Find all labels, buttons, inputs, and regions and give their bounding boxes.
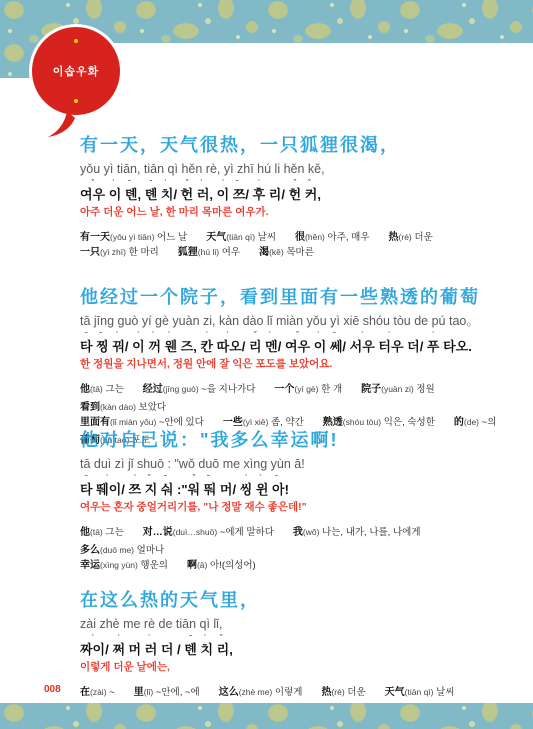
vocab-entry: 幸运(xìng yùn) 행운의 (80, 558, 168, 573)
pinyin-line: tā jīng guò yí gè yuàn zi, kàn dào lǐ mi… (80, 314, 498, 329)
vocab-word: 他 (80, 384, 90, 395)
vocab-pinyin: (tiān qì) (226, 232, 255, 242)
vocab-pinyin: (kě) (269, 247, 284, 257)
korean-translation-line: 여우는 혼자 중얼거리기를, "나 정말 재수 좋은데!" (80, 501, 498, 514)
vocab-pinyin: (rè) (331, 687, 344, 697)
reading-syllable: 숴ˉ (157, 482, 173, 497)
reading-syllable: 푸ˊ (427, 339, 440, 354)
vocab-row: 在(zài) ~里(lǐ) ~안에, ~에这么(zhè me) 이렇게热(rè)… (80, 685, 498, 700)
story-section-3: 他对自己说："我多么幸运啊! tā duì zì jǐ shuō : "wǒ d… (80, 430, 498, 573)
reading-syllable: 쎄ˉ (326, 339, 342, 354)
reading-syllable: 타오 (439, 339, 468, 354)
reading-syllable: / (173, 642, 184, 657)
vocab-word: 我 (293, 527, 303, 538)
vocab-entry: 我(wǒ) 나는, 내가, 나를, 나에게 (293, 525, 421, 540)
reading-syllable: 치ˋ (197, 642, 213, 657)
vocab-pinyin: (xìng yùn) (100, 560, 138, 570)
vocab-entry: 他(tā) 그는 (80, 525, 124, 540)
vocab-entry: 热(rè) 더운 (321, 685, 365, 700)
korean-reading-line: 짜이ˋ/ 쩌ˋ 머 러ˋ 더 / 톈ˉ 치ˋ 리ˇ, (80, 634, 498, 657)
vocab-word: 里面有 (80, 417, 110, 428)
reading-syllable: 서우ˊ (350, 339, 375, 354)
vocab-entry: 里面有(lǐ miàn yǒu) ~안에 있다 (80, 415, 204, 430)
vocab-meaning: 정원 (414, 384, 435, 395)
vocab-word: 多么 (80, 545, 100, 556)
reading-syllable: 타ˉ (80, 339, 93, 354)
reading-syllable: 지ˇ (141, 482, 157, 497)
vocab-pinyin: (hěn) (305, 232, 325, 242)
reading-syllable: , (229, 642, 233, 657)
story-badge: 이솝우화 (29, 24, 123, 118)
reading-syllable: 이ˋ (105, 187, 121, 202)
reading-syllable: , (317, 187, 321, 202)
reading-syllable: 타ˉ (80, 482, 93, 497)
reading-syllable: 꿔ˋ (109, 339, 125, 354)
pinyin-line: yǒu yì tiān, tiān qì hěn rè, yì zhī hú l… (80, 162, 498, 177)
vocab-entry: 热(rè) 더운 (389, 230, 433, 245)
speech-bubble-tail-icon (46, 111, 76, 137)
reading-syllable: / (121, 482, 128, 497)
reading-syllable: 러ˋ (193, 187, 209, 202)
vocab-entry: 经过(jīng guò) ~을 지나가다 (143, 382, 256, 397)
reading-syllable: 이ˊ (132, 339, 145, 354)
reading-syllable: 톈ˉ (121, 187, 137, 202)
reading-syllable: 여우ˇ (285, 339, 310, 354)
vocab-pinyin: (zhè me) (239, 687, 273, 697)
reading-syllable: 이ˋ (310, 339, 326, 354)
vocab-pinyin: (lǐ miàn yǒu) (110, 417, 156, 427)
reading-syllable: 멘ˋ (262, 339, 278, 354)
vocab-pinyin: (yǒu yì tiān) (110, 232, 154, 242)
vocab-entry: 里(lǐ) ~안에, ~에 (134, 685, 200, 700)
korean-translation-line: 한 정원을 지나면서, 정원 안에 잘 익은 포도를 보았어요. (80, 358, 498, 371)
vocab-meaning: 이렇게 (272, 687, 302, 698)
vocab-meaning: 목마른 (284, 247, 314, 258)
vocab-entry: 多么(duō me) 얼마나 (80, 543, 164, 558)
vocab-row: 幸运(xìng yùn) 행운의啊(ā) 아!(의성어) (80, 558, 498, 573)
badge-dot-top-icon (74, 39, 78, 43)
vocab-word: 一只 (80, 247, 100, 258)
reading-syllable: 즈 (177, 339, 193, 354)
vocab-entry: 有一天(yǒu yì tiān) 어느 날 (80, 230, 187, 245)
vocab-pinyin: (lǐ) (144, 687, 153, 697)
vocab-word: 热 (389, 232, 399, 243)
vocab-pinyin: (tā) (90, 384, 103, 394)
vocab-list: 有一天(yǒu yì tiān) 어느 날天气(tiān qì) 날씨很(hěn… (80, 230, 498, 260)
vocab-entry: 院子(yuàn zi) 정원 (361, 382, 435, 397)
vocab-entry: 狐狸(hú li) 여우 (178, 245, 240, 260)
vocab-entry: 熟透(shóu tòu) 익은, 숙성한 (323, 415, 435, 430)
vocab-pinyin: (kàn dào) (100, 402, 136, 412)
vocab-word: 熟透 (323, 417, 343, 428)
reading-syllable: 웬ˋ (161, 339, 177, 354)
reading-syllable: :" (173, 482, 187, 497)
reading-syllable: 따오ˋ (213, 339, 242, 354)
vocab-row: 他(tā) 그는经过(jīng guò) ~을 지나가다一个(yí gè) 한 … (80, 382, 498, 415)
vocab-pinyin: (yí gè) (294, 384, 318, 394)
reading-syllable: 리ˇ (249, 339, 262, 354)
vocab-pinyin: (hú li) (198, 247, 219, 257)
korean-translation-line: 이렇게 더운 날에는, (80, 661, 498, 674)
vocab-pinyin: (zài) (90, 687, 107, 697)
reading-syllable: . (468, 339, 472, 354)
vocab-entry: 啊(ā) 아!(의성어) (187, 558, 256, 573)
vocab-word: 一些 (223, 417, 243, 428)
reading-syllable: / (232, 482, 239, 497)
vocab-pinyin: (ā) (197, 560, 207, 570)
vocab-word: 对…说 (143, 527, 173, 538)
reading-syllable: 톈ˉ (145, 187, 158, 202)
vocab-word: 渴 (259, 247, 269, 258)
vocab-entry: 对…说(duì…shuō) ~에게 말하다 (143, 525, 274, 540)
reading-syllable: 더 (404, 339, 420, 354)
vocab-word: 幸运 (80, 560, 100, 571)
vocab-meaning: ~안에 있다 (156, 417, 204, 428)
vocab-meaning: 보았다 (136, 402, 166, 413)
vocab-meaning: ~ (107, 687, 115, 698)
vocab-word: 在 (80, 687, 90, 698)
vocab-entry: 很(hěn) 아주, 매우 (295, 230, 369, 245)
reading-syllable: 씽ˋ (240, 482, 253, 497)
hanzi-line: 他经过一个院子，看到里面有一些熟透的葡萄 (80, 287, 498, 307)
reading-syllable: 더 (157, 642, 173, 657)
reading-syllable: 뛔이ˋ (93, 482, 122, 497)
vocab-meaning: 행운의 (138, 560, 168, 571)
vocab-entry: 他(tā) 그는 (80, 382, 124, 397)
pinyin-line: tā duì zì jǐ shuō : "wǒ duō me xìng yùn … (80, 457, 498, 472)
reading-syllable: / (242, 339, 249, 354)
reading-syllable: 헌ˇ (289, 187, 302, 202)
vocab-meaning: 얼마나 (134, 545, 164, 556)
vocab-pinyin: (rè) (399, 232, 412, 242)
vocab-word: 院子 (361, 384, 381, 395)
vocab-word: 里 (134, 687, 144, 698)
reading-syllable: 여우ˇ (80, 187, 105, 202)
vocab-meaning: 아!(의성어) (207, 560, 255, 571)
hanzi-line: 在这么热的天气里， (80, 590, 498, 610)
vocab-meaning: 익은, 숙성한 (381, 417, 435, 428)
reading-syllable: 러ˋ (141, 642, 157, 657)
vocab-meaning: 어느 날 (154, 232, 187, 243)
page: { "badge": { "label": "이솝우화" }, "page": … (0, 0, 533, 729)
reading-syllable: 쩌ˋ (112, 642, 125, 657)
reading-syllable: / (173, 187, 180, 202)
korean-reading-line: 타ˉ 찡ˉ 꿔ˋ/ 이ˊ 꺼ˋ 웬ˋ 즈, 칸ˋ 따오ˋ/ 리ˇ 멘ˋ/ 여우ˇ… (80, 331, 498, 354)
vocab-entry: 这么(zhè me) 이렇게 (219, 685, 303, 700)
vocab-word: 他 (80, 527, 90, 538)
vocab-meaning: 아주, 매우 (325, 232, 370, 243)
vocab-pinyin: (wǒ) (303, 527, 320, 537)
vocab-entry: 在(zài) ~ (80, 685, 115, 700)
vocab-word: 经过 (143, 384, 163, 395)
vocab-meaning: 그는 (103, 527, 124, 538)
vocab-pinyin: (de) (464, 417, 479, 427)
vocab-pinyin: (tā) (90, 527, 103, 537)
badge-label: 이솝우화 (53, 63, 100, 79)
reading-syllable: 워ˇ (188, 482, 201, 497)
vocab-meaning: ~의 (479, 417, 496, 428)
vocab-pinyin: (duì…shuō) (173, 527, 217, 537)
reading-syllable: 윈ˋ (252, 482, 268, 497)
vocab-row: 一只(yì zhī) 한 마리狐狸(hú li) 여우渴(kě) 목마른 (80, 245, 498, 260)
vocab-meaning: 여우 (219, 247, 240, 258)
vocab-meaning: 더운 (412, 232, 433, 243)
reading-syllable: / (342, 339, 349, 354)
vocab-entry: 看到(kàn dào) 보았다 (80, 400, 166, 415)
vocab-meaning: 날씨 (255, 232, 276, 243)
vocab-meaning: ~에게 말하다 (217, 527, 274, 538)
vocab-meaning: 날씨 (434, 687, 455, 698)
vocab-meaning: ~안에, ~에 (153, 687, 200, 698)
reading-syllable: / (278, 339, 285, 354)
story-section-4: 在这么热的天气里， zài zhè me rè de tiān qì lǐ, 짜… (80, 590, 498, 700)
page-number: 008 (44, 684, 61, 695)
vocab-pinyin: (yì zhī) (100, 247, 126, 257)
story-section-1: 有一天，天气很热，一只狐狸很渴， yǒu yì tiān, tiān qì hě… (80, 135, 498, 260)
reading-syllable: 쯔ˋ (129, 482, 142, 497)
vocab-row: 有一天(yǒu yì tiān) 어느 날天气(tiān qì) 날씨很(hěn… (80, 230, 498, 245)
vocab-meaning: 그는 (103, 384, 124, 395)
reading-syllable: 톈ˉ (184, 642, 197, 657)
vocab-pinyin: (yuàn zi) (381, 384, 414, 394)
hanzi-line: 有一天，天气很热，一只狐狸很渴， (80, 135, 498, 155)
korean-translation-line: 아주 더운 어느 날, 한 마리 목마른 여우가. (80, 206, 498, 219)
vocab-pinyin: (tiān qì) (405, 687, 434, 697)
vocab-meaning: 나는, 내가, 나를, 나에게 (319, 527, 420, 538)
reading-syllable: / (420, 339, 427, 354)
vocab-word: 一个 (274, 384, 294, 395)
reading-syllable: / (245, 187, 252, 202)
reading-syllable: 쯔ˉ (229, 187, 245, 202)
reading-syllable: 커ˇ (301, 187, 317, 202)
vocab-word: 天气 (206, 232, 226, 243)
reading-syllable: 헌ˇ (181, 187, 194, 202)
reading-syllable: 리ˇ (213, 642, 229, 657)
story-section-2: 他经过一个院子，看到里面有一些熟透的葡萄 tā jīng guò yí gè y… (80, 287, 498, 448)
vocab-word: 啊 (187, 560, 197, 571)
vocab-pinyin: (shóu tòu) (343, 417, 381, 427)
reading-syllable: 머 (125, 642, 141, 657)
vocab-pinyin: (duō me) (100, 545, 134, 555)
korean-reading-line: 여우ˇ 이ˋ 톈ˉ, 톈ˉ 치ˋ/ 헌ˇ 러ˋ, 이ˋ 쯔ˉ/ 후ˊ 리/ 헌ˇ… (80, 179, 498, 202)
reading-syllable: 뚸ˉ (200, 482, 216, 497)
vocab-pinyin: (yì xiē) (243, 417, 269, 427)
vocab-entry: 天气(tiān qì) 날씨 (206, 230, 276, 245)
vocab-word: 的 (454, 417, 464, 428)
reading-syllable: 칸ˋ (200, 339, 213, 354)
vocab-entry: 一个(yí gè) 한 개 (274, 382, 342, 397)
reading-syllable: 꺼ˋ (145, 339, 161, 354)
vocab-list: 他(tā) 그는对…说(duì…shuō) ~에게 말하다我(wǒ) 나는, 내… (80, 525, 498, 573)
reading-syllable: / (281, 187, 288, 202)
reading-syllable: 짜이ˋ (80, 642, 105, 657)
vocab-meaning: ~을 지나가다 (199, 384, 256, 395)
bottom-border-pattern (0, 703, 533, 729)
vocab-entry: 一些(yì xiē) 좀, 약간 (223, 415, 304, 430)
reading-syllable: 치ˋ (157, 187, 173, 202)
vocab-row: 他(tā) 그는对…说(duì…shuō) ~에게 말하다我(wǒ) 나는, 내… (80, 525, 498, 558)
vocab-meaning: 한 개 (318, 384, 342, 395)
reading-syllable: 찡ˉ (93, 339, 109, 354)
reading-syllable: 리 (265, 187, 281, 202)
vocab-entry: 天气(tiān qì) 날씨 (385, 685, 455, 700)
hanzi-line: 他对自己说："我多么幸运啊! (80, 430, 498, 450)
vocab-word: 很 (295, 232, 305, 243)
vocab-entry: 渴(kě) 목마른 (259, 245, 314, 260)
korean-reading-line: 타ˉ 뛔이ˋ/ 쯔ˋ 지ˇ 숴ˉ :"워ˇ 뚸ˉ 머/ 씽ˋ 윈ˋ 아ˉ! (80, 474, 498, 497)
reading-syllable: 머 (216, 482, 232, 497)
vocab-meaning: 좀, 약간 (268, 417, 303, 428)
vocab-word: 看到 (80, 402, 100, 413)
reading-syllable: , (209, 187, 216, 202)
vocab-list: 在(zài) ~里(lǐ) ~안에, ~에这么(zhè me) 이렇게热(rè)… (80, 685, 498, 700)
vocab-word: 热 (321, 687, 331, 698)
vocab-word: 天气 (385, 687, 405, 698)
vocab-word: 这么 (219, 687, 239, 698)
vocab-entry: 一只(yì zhī) 한 마리 (80, 245, 159, 260)
pinyin-line: zài zhè me rè de tiān qì lǐ, (80, 617, 498, 632)
badge-dot-bottom-icon (74, 99, 78, 103)
vocab-word: 狐狸 (178, 247, 198, 258)
reading-syllable: 이ˋ (217, 187, 230, 202)
reading-syllable: ! (285, 482, 289, 497)
vocab-entry: 的(de) ~의 (454, 415, 497, 430)
reading-syllable: 터우ˋ (375, 339, 404, 354)
vocab-meaning: 더운 (345, 687, 366, 698)
vocab-meaning: 한 마리 (126, 247, 159, 258)
vocab-word: 有一天 (80, 232, 110, 243)
reading-syllable: 후ˊ (253, 187, 266, 202)
vocab-pinyin: (jīng guò) (163, 384, 199, 394)
reading-syllable: , (137, 187, 144, 202)
reading-syllable: 아ˉ (268, 482, 284, 497)
